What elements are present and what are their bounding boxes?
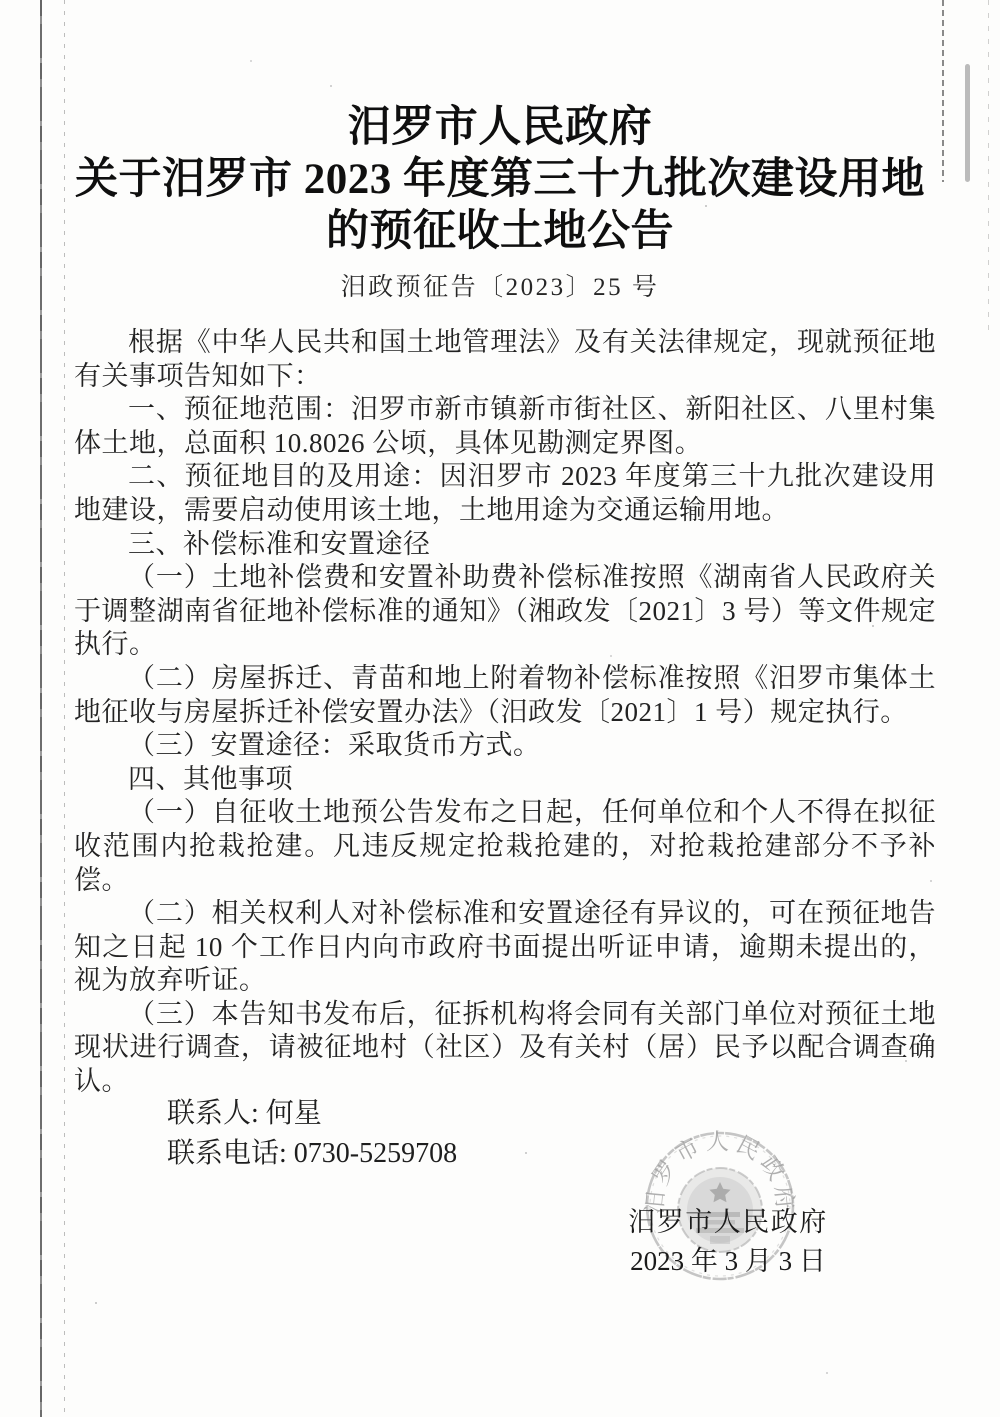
document-body: 根据《中华人民共和国土地管理法》及有关法律规定，现就预征地有关事项告知如下： 一…	[74, 326, 936, 1099]
scan-noise-speckles	[0, 0, 2, 2]
title-line-3: 的预征收土地公告	[0, 206, 1000, 258]
contact-person: 联系人: 何星	[167, 1094, 457, 1134]
contact-phone: 联系电话: 0730-5259708	[167, 1134, 457, 1174]
paragraph-section-2: 二、预征地目的及用途：因汨罗市 2023 年度第三十九批次建设用地建设，需要启动…	[74, 460, 936, 527]
paragraph-section-4: 四、其他事项	[74, 763, 936, 797]
paragraph-section-3-3: （三）安置途径：采取货币方式。	[74, 729, 936, 763]
paragraph-section-3-2: （二）房屋拆迁、青苗和地上附着物补偿标准按照《汨罗市集体土地征收与房屋拆迁补偿安…	[74, 662, 936, 729]
signature-date: 2023 年 3 月 3 日	[620, 1239, 836, 1278]
paragraph-intro: 根据《中华人民共和国土地管理法》及有关法律规定，现就预征地有关事项告知如下：	[74, 326, 936, 393]
title-line-1: 汨罗市人民政府	[0, 102, 1000, 154]
signature-issuer: 汨罗市人民政府	[628, 1200, 828, 1239]
contact-block: 联系人: 何星 联系电话: 0730-5259708	[167, 1094, 457, 1174]
paragraph-section-4-3: （三）本告知书发布后，征拆机构将会同有关部门单位对预征土地现状进行调查，请被征地…	[74, 998, 936, 1099]
title-line-2: 关于汨罗市 2023 年度第三十九批次建设用地	[0, 154, 1000, 206]
document-header: 汨罗市人民政府 关于汨罗市 2023 年度第三十九批次建设用地 的预征收土地公告…	[0, 102, 1000, 303]
paragraph-section-3: 三、补偿标准和安置途径	[74, 528, 936, 562]
paragraph-section-1: 一、预征地范围：汨罗市新市镇新市街社区、新阳社区、八里村集体土地，总面积 10.…	[74, 393, 936, 460]
document-page: 汨罗市人民政府 关于汨罗市 2023 年度第三十九批次建设用地 的预征收土地公告…	[0, 0, 1000, 1417]
paragraph-section-4-1: （一）自征收土地预公告发布之日起，任何单位和个人不得在拟征收范围内抢栽抢建。凡违…	[74, 796, 936, 897]
paragraph-section-4-2: （二）相关权利人对补偿标准和安置途径有异议的，可在预征地告知之日起 10 个工作…	[74, 897, 936, 998]
paragraph-section-3-1: （一）土地补偿费和安置补助费补偿标准按照《湖南省人民政府关于调整湖南省征地补偿标…	[74, 561, 936, 662]
document-number: 汨政预征告〔2023〕25 号	[0, 267, 1000, 303]
